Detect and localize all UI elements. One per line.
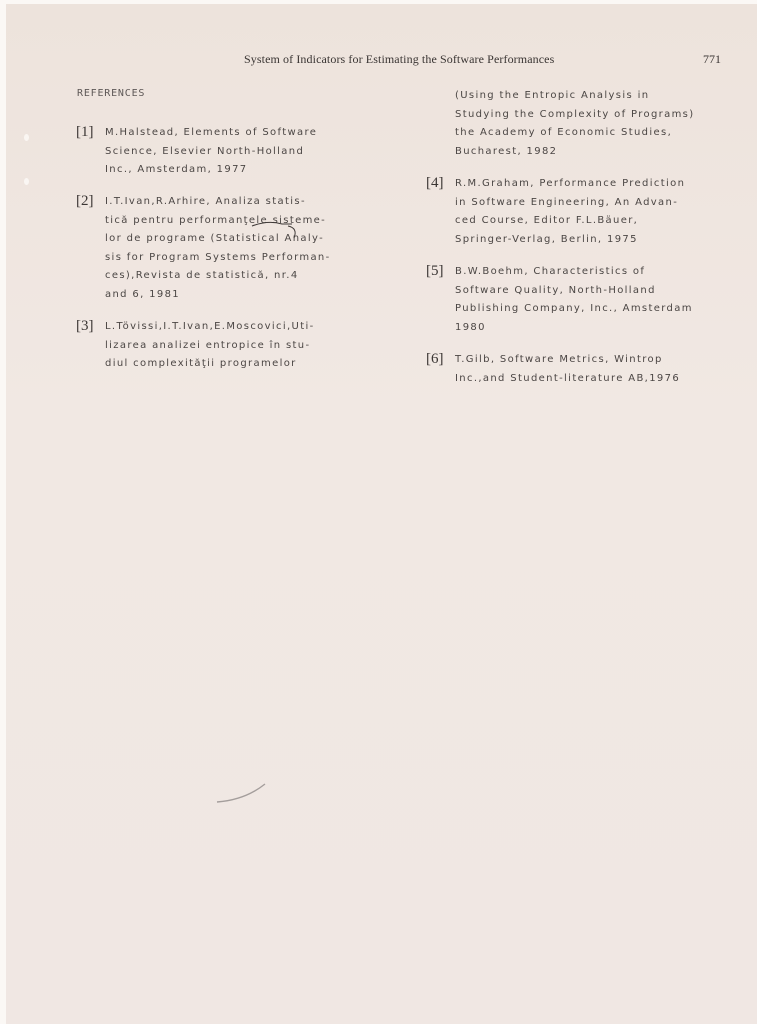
- reference-line: (Using the Entropic Analysis in: [455, 87, 694, 106]
- reference-line: ces),Revista de statistică, nr.4: [105, 267, 331, 286]
- reference-4: [4] R.M.Graham, Performance Prediction i…: [455, 175, 685, 249]
- pencil-stroke-mark: [215, 782, 269, 806]
- running-title: System of Indicators for Estimating the …: [244, 52, 554, 67]
- reference-1: [1] M.Halstead, Elements of Software Sci…: [105, 124, 317, 180]
- reference-line: lizarea analizei entropice în stu-: [105, 337, 315, 356]
- reference-5: [5] B.W.Boehm, Characteristics of Softwa…: [455, 263, 693, 337]
- reference-line: Publishing Company, Inc., Amsterdam: [455, 300, 693, 319]
- reference-number: [4]: [426, 174, 444, 193]
- reference-3: [3] L.Tövissi,I.T.Ivan,E.Moscovici,Uti- …: [105, 318, 315, 374]
- reference-number: [3]: [76, 317, 94, 336]
- reference-line: L.Tövissi,I.T.Ivan,E.Moscovici,Uti-: [105, 318, 315, 337]
- reference-3-continuation: (Using the Entropic Analysis in Studying…: [455, 87, 694, 161]
- reference-line: and 6, 1981: [105, 286, 331, 305]
- handwritten-correction-mark: [248, 218, 318, 240]
- reference-line: Studying the Complexity of Programs): [455, 106, 694, 125]
- reference-line: Software Quality, North-Holland: [455, 282, 693, 301]
- reference-number: [2]: [76, 192, 94, 211]
- reference-number: [6]: [426, 350, 444, 369]
- page-number: 771: [703, 52, 721, 67]
- reference-line: 1980: [455, 319, 693, 338]
- reference-line: M.Halstead, Elements of Software: [105, 124, 317, 143]
- reference-2: [2] I.T.Ivan,R.Arhire, Analiza statis- t…: [105, 193, 331, 305]
- reference-line: Science, Elsevier North-Holland: [105, 143, 317, 162]
- reference-line: I.T.Ivan,R.Arhire, Analiza statis-: [105, 193, 331, 212]
- staple-hole: [24, 134, 29, 141]
- reference-line: Inc.,and Student-literature AB,1976: [455, 370, 680, 389]
- reference-line: Inc., Amsterdam, 1977: [105, 161, 317, 180]
- reference-line: in Software Engineering, An Advan-: [455, 194, 685, 213]
- reference-line: R.M.Graham, Performance Prediction: [455, 175, 685, 194]
- reference-line: Springer-Verlag, Berlin, 1975: [455, 231, 685, 250]
- reference-6: [6] T.Gilb, Software Metrics, Wintrop In…: [455, 351, 680, 388]
- reference-line: ced Course, Editor F.L.Bäuer,: [455, 212, 685, 231]
- reference-line: T.Gilb, Software Metrics, Wintrop: [455, 351, 680, 370]
- reference-number: [1]: [76, 123, 94, 142]
- staple-hole: [24, 178, 29, 185]
- reference-line: sis for Program Systems Performan-: [105, 249, 331, 268]
- reference-line: diul complexităţii programelor: [105, 355, 315, 374]
- reference-line: B.W.Boehm, Characteristics of: [455, 263, 693, 282]
- reference-line: the Academy of Economic Studies,: [455, 124, 694, 143]
- reference-line: Bucharest, 1982: [455, 143, 694, 162]
- reference-number: [5]: [426, 262, 444, 281]
- references-heading: REFERENCES: [77, 88, 145, 99]
